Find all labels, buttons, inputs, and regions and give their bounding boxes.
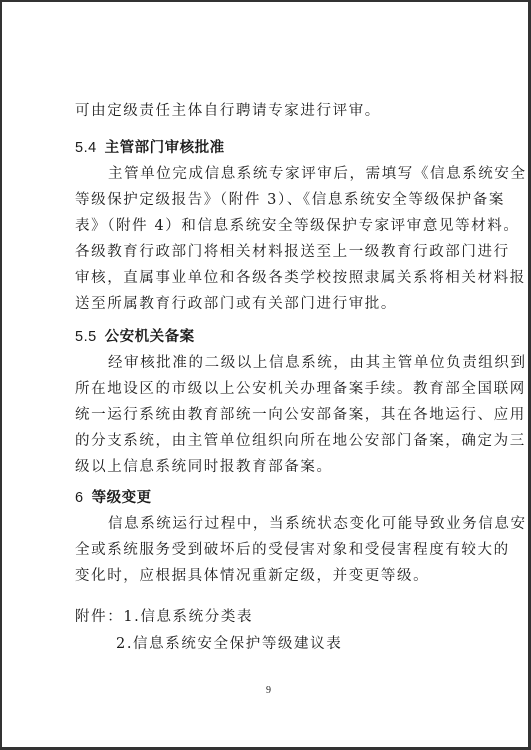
paragraph-line: 各级教育行政部门将相关材料报送至上一级教育行政部门进行 bbox=[75, 243, 467, 261]
paragraph-line: 可由定级责任主体自行聘请专家进行评审。 bbox=[75, 102, 467, 120]
section-number: 5.4 bbox=[75, 140, 97, 156]
paragraph-line: 主管单位完成信息系统专家评审后，需填写《信息系统安全 bbox=[108, 165, 500, 183]
paragraph-line: 全或系统服务受到破坏后的受侵害对象和受侵害程度有较大的 bbox=[75, 541, 467, 559]
paragraph-line: 送至所属教育行政部门或有关部门进行审批。 bbox=[75, 295, 467, 313]
section-title: 公安机关备案 bbox=[105, 329, 195, 345]
section-number: 5.5 bbox=[75, 329, 97, 345]
section-title: 等级变更 bbox=[92, 490, 152, 506]
document-page: 可由定级责任主体自行聘请专家进行评审。 5.4主管部门审核批准 主管单位完成信息… bbox=[0, 0, 531, 750]
paragraph-line: 变化时，应根据具体情况重新定级，并变更等级。 bbox=[75, 567, 467, 585]
attachments-line-1: 附件：1.信息系统分类表 bbox=[75, 608, 467, 626]
section-title: 主管部门审核批准 bbox=[105, 140, 225, 156]
attachment-item: 1.信息系统分类表 bbox=[123, 609, 253, 625]
paragraph-line: 统一运行系统由教育部统一向公安部备案，其在各地运行、应用 bbox=[75, 406, 467, 424]
paragraph-line: 级以上信息系统同时报教育部备案。 bbox=[75, 458, 467, 476]
paragraph-line: 表》（附件 4）和信息系统安全等级保护专家评审意见等材料。 bbox=[75, 217, 467, 235]
page-number: 9 bbox=[266, 685, 271, 696]
paragraph-line: 的分支系统，由主管单位组织向所在地公安部门备案，确定为三 bbox=[75, 432, 467, 450]
paragraph-line: 审核，直属事业单位和各级各类学校按照隶属关系将相关材料报 bbox=[75, 269, 467, 287]
section-heading-6: 6等级变更 bbox=[75, 489, 467, 507]
attachment-item: 2.信息系统安全保护等级建议表 bbox=[116, 635, 508, 653]
paragraph-line: 所在地设区的市级以上公安机关办理备案手续。教育部全国联网 bbox=[75, 380, 467, 398]
paragraph-line: 经审核批准的二级以上信息系统，由其主管单位负责组织到 bbox=[108, 354, 500, 372]
attachments-label: 附件： bbox=[75, 609, 123, 625]
section-heading-5-5: 5.5公安机关备案 bbox=[75, 328, 467, 346]
paragraph-line: 信息系统运行过程中，当系统状态变化可能导致业务信息安 bbox=[108, 515, 500, 533]
section-number: 6 bbox=[75, 490, 84, 506]
section-heading-5-4: 5.4主管部门审核批准 bbox=[75, 139, 467, 157]
paragraph-line: 等级保护定级报告》（附件 3）、《信息系统安全等级保护备案 bbox=[75, 191, 467, 209]
